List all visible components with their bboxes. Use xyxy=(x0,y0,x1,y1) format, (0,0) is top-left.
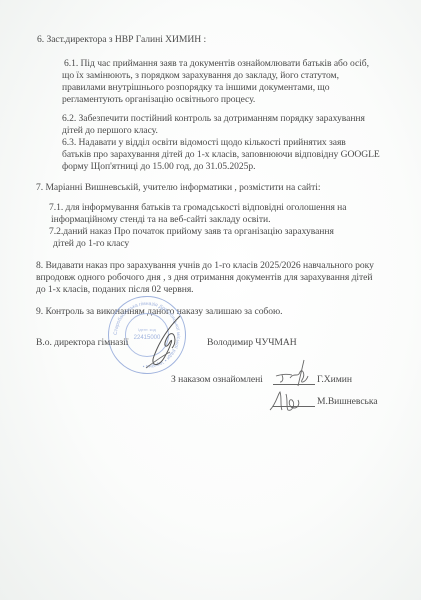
section-6-3-line: форму Щоп'ятниці до 15.00 год, до 31.05.… xyxy=(62,161,255,173)
section-6-2-line: 6.2. Забезпечити постійний контроль за д… xyxy=(62,113,365,125)
section-6-1-line: правилами внутрішнього розпорядку та інш… xyxy=(62,82,329,94)
vyshnevska-signature-icon xyxy=(266,386,312,414)
signer-1-name: Г.Химин xyxy=(317,374,352,386)
director-name: Володимир ЧУЧМАН xyxy=(207,337,297,349)
section-8-line: до 1-х класів, поданих після 02 червня. xyxy=(36,284,194,296)
section-7-1-line: інформаційному стенді та на веб-сайті за… xyxy=(51,214,270,226)
document-page: 6. Заст.директора з НВР Галині ХИМИН : 6… xyxy=(0,0,421,600)
khymyn-signature-icon xyxy=(272,356,318,388)
signer-2-name: М.Вишневська xyxy=(317,396,378,408)
section-6-1-line: 6.1. Під час приймання заяв та документі… xyxy=(64,58,369,70)
section-8-line: 8. Видавати наказ про зарахування учнів … xyxy=(36,260,374,272)
section-7-heading: 7. Маріанні Вишневській, учителю інформа… xyxy=(36,182,321,194)
acknowledged-label: З наказом ознайомлені xyxy=(171,374,263,386)
director-title: В.о. директора гімназії xyxy=(36,337,128,349)
section-6-1-line: що їх замінюють, з порядком зарахування … xyxy=(62,70,339,82)
director-signature-icon xyxy=(140,312,190,372)
section-6-heading: 6. Заст.директора з НВР Галині ХИМИН : xyxy=(37,34,206,46)
section-6-3-line: батьків про зарахування дітей до 1-х кла… xyxy=(62,149,380,161)
section-6-1-line: регламентують організацію освітнього про… xyxy=(62,94,255,106)
section-7-2-line: дітей до 1-го класу xyxy=(53,238,129,250)
section-7-2-line: 7.2.даний наказ Про початок прийому заяв… xyxy=(49,226,334,238)
section-8-line: впродовж одного робочого дня , з дня отр… xyxy=(36,272,372,284)
section-6-3-line: 6.3. Надавати у відділ освіти відомості … xyxy=(62,137,346,149)
section-7-1-line: 7.1. для інформування батьків та громадс… xyxy=(49,202,346,214)
section-6-2-line: дітей до першого класу. xyxy=(62,125,158,137)
